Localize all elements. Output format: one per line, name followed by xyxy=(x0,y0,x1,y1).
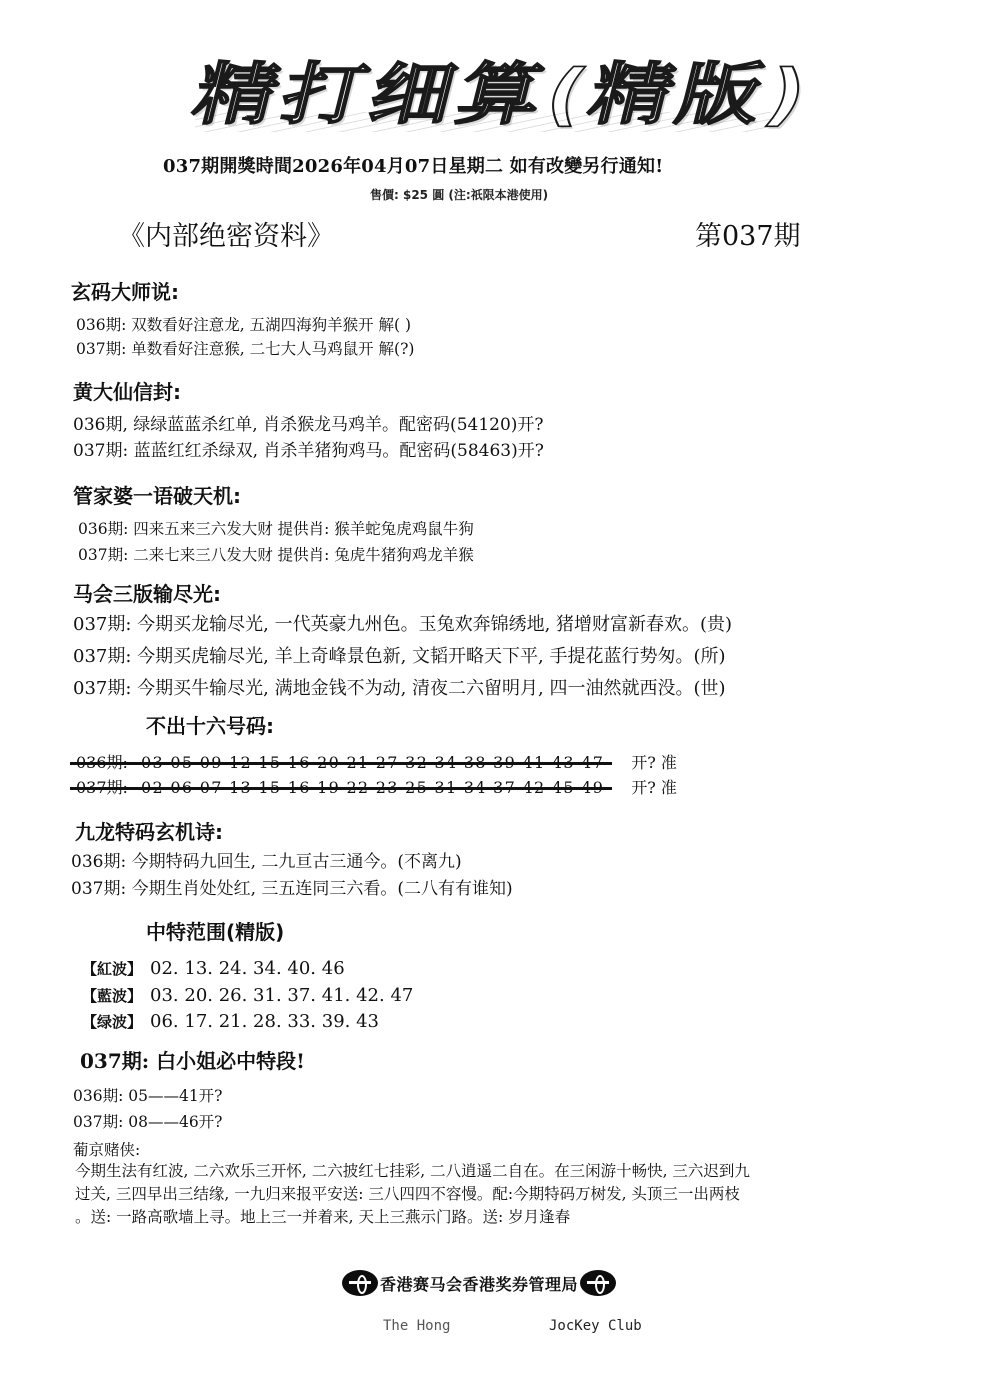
section-title-jiulong: 九龙特码玄机诗: xyxy=(75,816,223,845)
horse-emblem-icon xyxy=(342,1270,378,1296)
wave-numbers: 02. 13. 24. 34. 40. 46 xyxy=(150,958,345,979)
huangdaxian-line: 037期: 蓝蓝红红杀绿双, 肖杀羊猪狗鸡马。配密码(58463)开? xyxy=(73,436,544,461)
org-name: 香港赛马会香港奖券管理局 xyxy=(380,1272,578,1295)
buchu-row-label: 037期: xyxy=(76,778,128,797)
pujing-line: 过关, 三四早出三结缘, 一九归来报平安送: 三八四四不容慢。配:今期特码万树发… xyxy=(75,1183,935,1206)
banner-title: 精打细算(精版) xyxy=(185,20,785,140)
footer-logo-row: 香港赛马会香港奖券管理局 xyxy=(342,1270,616,1296)
wave-row-blue: 【藍波】03. 20. 26. 31. 37. 41. 42. 47 xyxy=(82,985,413,1006)
pujing-paragraph: 今期生法有红波, 二六欢乐三开怀, 二六披红七挂彩, 二八逍遥二自在。在三闲游十… xyxy=(75,1160,935,1229)
wave-label: 【绿波】 xyxy=(82,1013,142,1031)
issue-label: 第037期 xyxy=(695,214,801,253)
section-title-zhongte: 中特范围(精版) xyxy=(146,916,284,945)
huangdaxian-line: 036期, 绿绿蓝蓝杀红单, 肖杀猴龙马鸡羊。配密码(54120)开? xyxy=(73,410,544,435)
horse-emblem-icon xyxy=(580,1270,616,1296)
banner-shadow-decoration xyxy=(195,112,775,132)
section-title-baixiaojie: 037期: 白小姐必中特段! xyxy=(80,1045,305,1074)
section-title-buchu: 不出十六号码: xyxy=(146,710,274,739)
guanjiapo-line: 036期: 四来五来三六发大财 提供肖: 猴羊蛇兔虎鸡鼠牛狗 xyxy=(78,517,474,539)
buchu-tail: 开? 准 xyxy=(631,775,677,798)
doc-title: 《内部绝密资料》 xyxy=(118,214,334,253)
wave-label: 【紅波】 xyxy=(82,960,142,978)
guanjiapo-line: 037期: 二来七来三八发大财 提供肖: 兔虎牛猪狗鸡龙羊猴 xyxy=(78,543,474,565)
baixiaojie-line: 036期: 05——41开? xyxy=(73,1084,223,1106)
section-title-pujing: 葡京赌侠: xyxy=(73,1138,140,1160)
jiulong-line: 037期: 今期生肖处处红, 三五连同三六看。(二八有有谁知) xyxy=(71,874,513,899)
footer-english-left: The Hong xyxy=(383,1318,450,1334)
jiulong-line: 036期: 今期特码九回生, 二九亘古三通今。(不离九) xyxy=(71,847,462,872)
baixiaojie-line: 037期: 08——46开? xyxy=(73,1110,223,1132)
wave-row-red: 【紅波】02. 13. 24. 34. 40. 46 xyxy=(82,958,345,979)
buchu-struck-numbers: 036期: 03 05 09 12 15 16 20 21 27 32 34 3… xyxy=(76,750,604,773)
xuanma-line: 037期: 单数看好注意猴, 二七大人马鸡鼠开 解(?) xyxy=(76,337,414,359)
buchu-numbers: 02 06 07 13 15 16 19 22 23 25 31 34 37 4… xyxy=(141,778,604,797)
buchu-row-label: 036期: xyxy=(76,753,128,772)
wave-numbers: 03. 20. 26. 31. 37. 41. 42. 47 xyxy=(150,985,413,1006)
mahui-line: 037期: 今期买虎输尽光, 羊上奇峰景色新, 文韬开略天下平, 手提花蓝行势匆… xyxy=(73,642,726,668)
mahui-line: 037期: 今期买龙输尽光, 一代英豪九州色。玉兔欢奔锦绣地, 猪增财富新春欢。… xyxy=(73,610,732,636)
section-title-guanjiapo: 管家婆一语破天机: xyxy=(73,480,241,509)
section-title-huangdaxian: 黄大仙信封: xyxy=(73,376,181,405)
xuanma-line: 036期: 双数看好注意龙, 五湖四海狗羊猴开 解( ) xyxy=(76,313,411,335)
buchu-tail: 开? 准 xyxy=(631,750,677,773)
section-title-xuanma: 玄码大师说: xyxy=(71,276,179,305)
buchu-numbers: 03 05 09 12 15 16 20 21 27 32 34 38 39 4… xyxy=(141,753,604,772)
price-note: 售價: $25 圓 (注:祇限本港使用) xyxy=(370,186,548,203)
wave-row-green: 【绿波】06. 17. 21. 28. 33. 39. 43 xyxy=(82,1011,379,1032)
pujing-line: 今期生法有红波, 二六欢乐三开怀, 二六披红七挂彩, 二八逍遥二自在。在三闲游十… xyxy=(75,1160,935,1183)
section-title-mahui: 马会三版输尽光: xyxy=(73,578,221,607)
buchu-struck-numbers: 037期: 02 06 07 13 15 16 19 22 23 25 31 3… xyxy=(76,775,604,798)
footer-english-right: JocKey Club xyxy=(549,1318,642,1334)
wave-numbers: 06. 17. 21. 28. 33. 39. 43 xyxy=(150,1011,379,1032)
mahui-line: 037期: 今期买牛输尽光, 满地金钱不为动, 清夜二六留明月, 四一油然就西没… xyxy=(73,674,726,700)
pujing-line: 。送: 一路高歌墙上寻。地上三一并着来, 天上三燕示门路。送: 岁月逢春 xyxy=(75,1206,935,1229)
buchu-row: 037期: 02 06 07 13 15 16 19 22 23 25 31 3… xyxy=(76,775,677,798)
wave-label: 【藍波】 xyxy=(82,987,142,1005)
draw-notice: 037期開獎時間2026年04月07日星期二 如有改變另行通知! xyxy=(163,152,663,178)
buchu-row: 036期: 03 05 09 12 15 16 20 21 27 32 34 3… xyxy=(76,750,677,773)
